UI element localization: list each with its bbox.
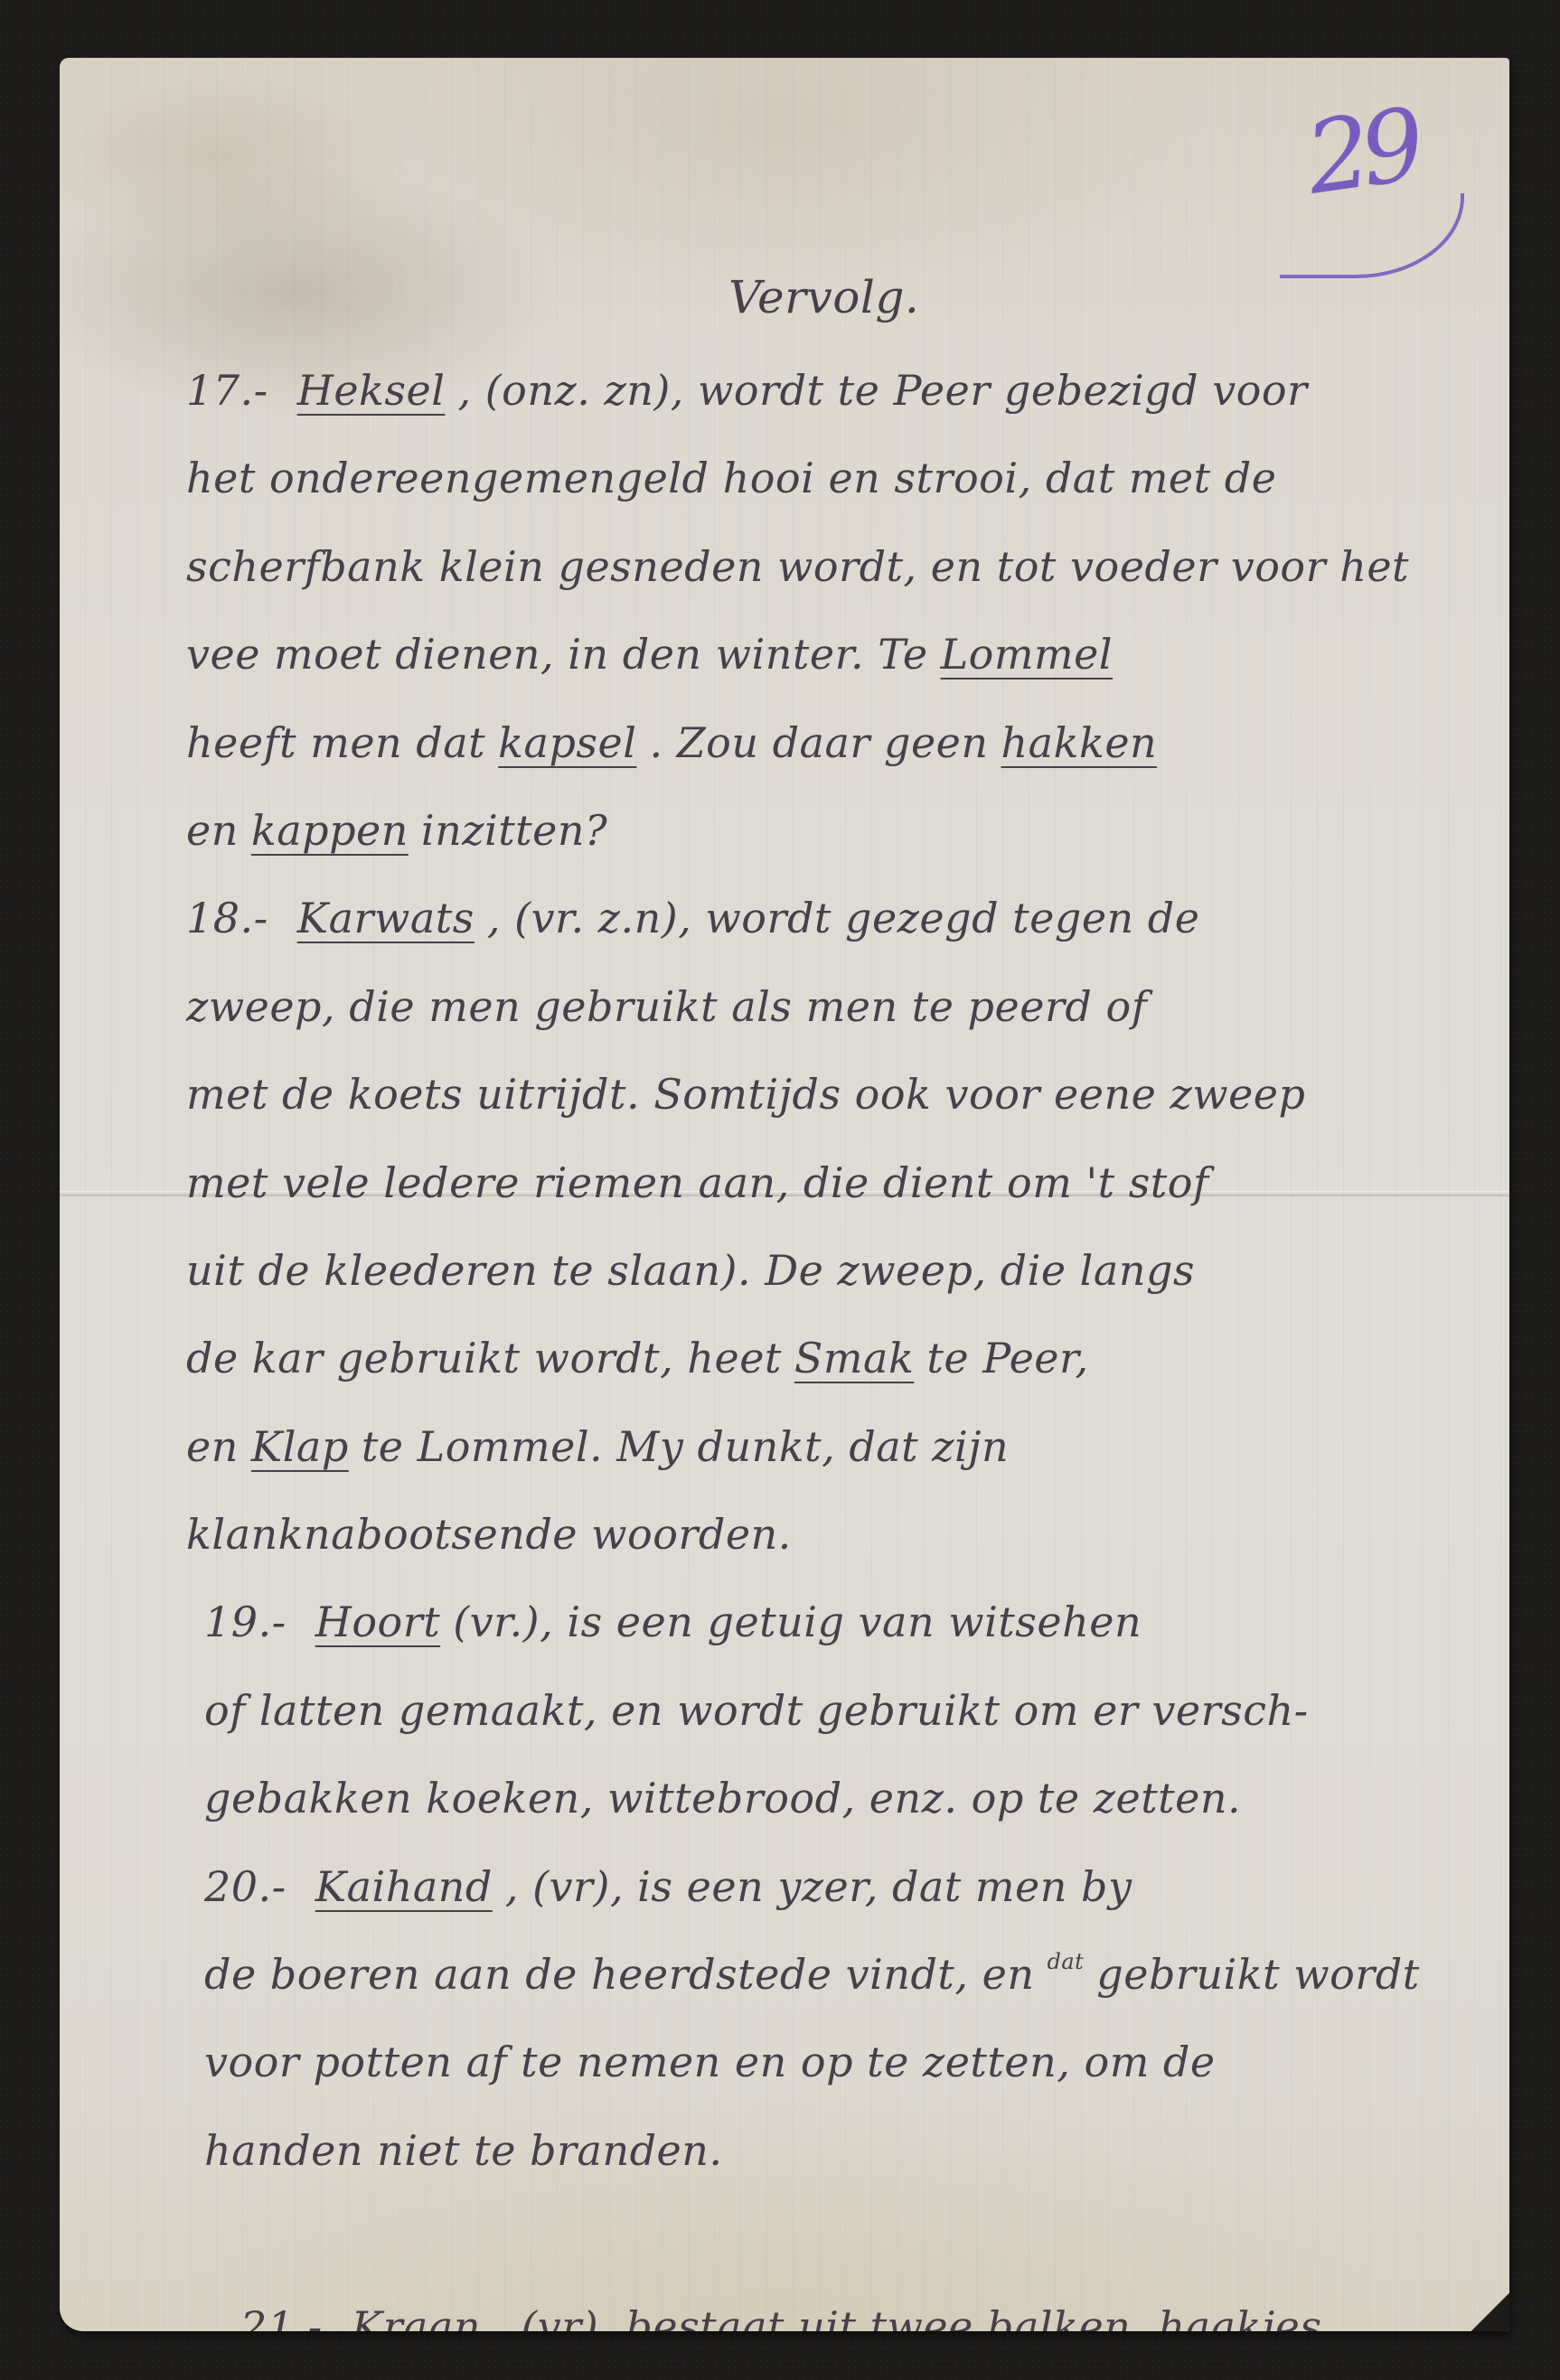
underlined-word: kapsel (498, 699, 636, 787)
text-line: en kappen inzitten? (186, 787, 1488, 875)
page-title: Vervolg. (728, 271, 919, 323)
line-text: het ondereengemengeld hooi en strooi, da… (186, 435, 1276, 522)
entry-text: , (onz. zn), wordt te Peer gebezigd voor (457, 347, 1307, 435)
line-text: en (186, 787, 239, 875)
entry-headword: Kaihand (315, 1843, 493, 1931)
line-text: gebakken koeken, wittebrood, enz. op te … (204, 1755, 1241, 1842)
text-line: voor potten af te nemen en op te zetten,… (186, 2019, 1488, 2106)
line-text: zweep, die men gebruikt als men te peerd… (186, 963, 1147, 1051)
line-text: inzitten? (421, 787, 607, 875)
text-line: 18.- Karwats , (vr. z.n), wordt gezegd t… (186, 875, 1488, 962)
manuscript-text: 17.- Heksel , (onz. zn), wordt te Peer g… (186, 347, 1488, 2331)
text-line: scherfbank klein gesneden wordt, en tot … (186, 523, 1488, 611)
line-text: heeft men dat (186, 699, 485, 787)
blank-line (186, 2195, 1488, 2282)
entry-text: (vr.), is een getuig van witsehen (453, 1579, 1142, 1666)
line-text: uit de kleederen te slaan). De zweep, di… (186, 1227, 1195, 1315)
entry-headword: Karwats (297, 875, 475, 962)
text-line: uit de kleederen te slaan). De zweep, di… (186, 1227, 1488, 1315)
line-text: gebruikt wordt (1096, 1931, 1419, 2019)
text-line: vee moet dienen, in den winter. Te Lomme… (186, 611, 1488, 698)
line-text: de boeren aan de heerdstede vindt, en (204, 1931, 1034, 2019)
text-line: 21.- Kraan , (vr), bestaat uit twee balk… (186, 2283, 1488, 2331)
line-text: handen niet te branden. (204, 2107, 723, 2195)
entry-number: 19.- (204, 1579, 287, 1666)
entry-headword: Kraan (352, 2283, 481, 2331)
text-line: 17.- Heksel , (onz. zn), wordt te Peer g… (186, 347, 1488, 435)
manuscript-page: 29 Vervolg. 17.- Heksel , (onz. zn), wor… (60, 58, 1509, 2331)
entry-text: , (vr), bestaat uit twee balken, haakjes (493, 2283, 1321, 2331)
line-text: vee moet dienen, in den winter. Te (186, 611, 928, 698)
entry-text: , (vr), is een yzer, dat men by (505, 1843, 1132, 1931)
text-line: de boeren aan de heerdstede vindt, en da… (186, 1931, 1488, 2019)
text-line: 19.- Hoort (vr.), is een getuig van wits… (186, 1579, 1488, 1666)
line-text: voor potten af te nemen en op te zetten,… (204, 2019, 1216, 2106)
line-text: met de koets uitrijdt. Somtijds ook voor… (186, 1051, 1305, 1138)
underlined-word: hakken (1001, 699, 1158, 787)
text-line: en Klap te Lommel. My dunkt, dat zijn (186, 1403, 1488, 1491)
line-text: of latten gemaakt, en wordt gebruikt om … (204, 1667, 1309, 1755)
line-text: met vele ledere riemen aan, die dient om… (186, 1139, 1209, 1227)
text-line: het ondereengemengeld hooi en strooi, da… (186, 435, 1488, 522)
text-line: de kar gebruikt wordt, heet Smak te Peer… (186, 1315, 1488, 1402)
line-text: te Lommel. My dunkt, dat zijn (362, 1403, 1009, 1491)
entry-number: 18.- (186, 875, 268, 962)
underlined-word: Lommel (941, 611, 1113, 698)
entry-headword: Hoort (315, 1579, 440, 1666)
text-line: heeft men dat kapsel . Zou daar geen hak… (186, 699, 1488, 787)
interlinear-insertion: dat (1047, 1918, 1084, 2006)
underlined-word: Klap (251, 1403, 349, 1491)
entry-text: , (vr. z.n), wordt gezegd tegen de (487, 875, 1200, 962)
entry-number: 17.- (186, 347, 268, 435)
line-text: klanknabootsende woorden. (186, 1491, 792, 1579)
line-text: en (186, 1403, 239, 1491)
text-line: handen niet te branden. (186, 2107, 1488, 2195)
text-line: met vele ledere riemen aan, die dient om… (186, 1139, 1488, 1227)
text-line: of latten gemaakt, en wordt gebruikt om … (186, 1667, 1488, 1755)
entry-number: 20.- (204, 1843, 287, 1931)
folio-pencil-stroke (1280, 193, 1464, 278)
line-text: scherfbank klein gesneden wordt, en tot … (186, 523, 1409, 611)
text-line: gebakken koeken, wittebrood, enz. op te … (186, 1755, 1488, 1842)
text-line: met de koets uitrijdt. Somtijds ook voor… (186, 1051, 1488, 1138)
line-text: . Zou daar geen (649, 699, 988, 787)
entry-headword: Heksel (297, 347, 446, 435)
entry-number: 21.- (240, 2283, 323, 2331)
text-line: 20.- Kaihand , (vr), is een yzer, dat me… (186, 1843, 1488, 1931)
underlined-word: kappen (251, 787, 409, 875)
underlined-word: Smak (794, 1315, 914, 1402)
line-text: te Peer, (926, 1315, 1088, 1402)
text-line: klanknabootsende woorden. (186, 1491, 1488, 1579)
line-text: de kar gebruikt wordt, heet (186, 1315, 782, 1402)
text-line: zweep, die men gebruikt als men te peerd… (186, 963, 1488, 1051)
